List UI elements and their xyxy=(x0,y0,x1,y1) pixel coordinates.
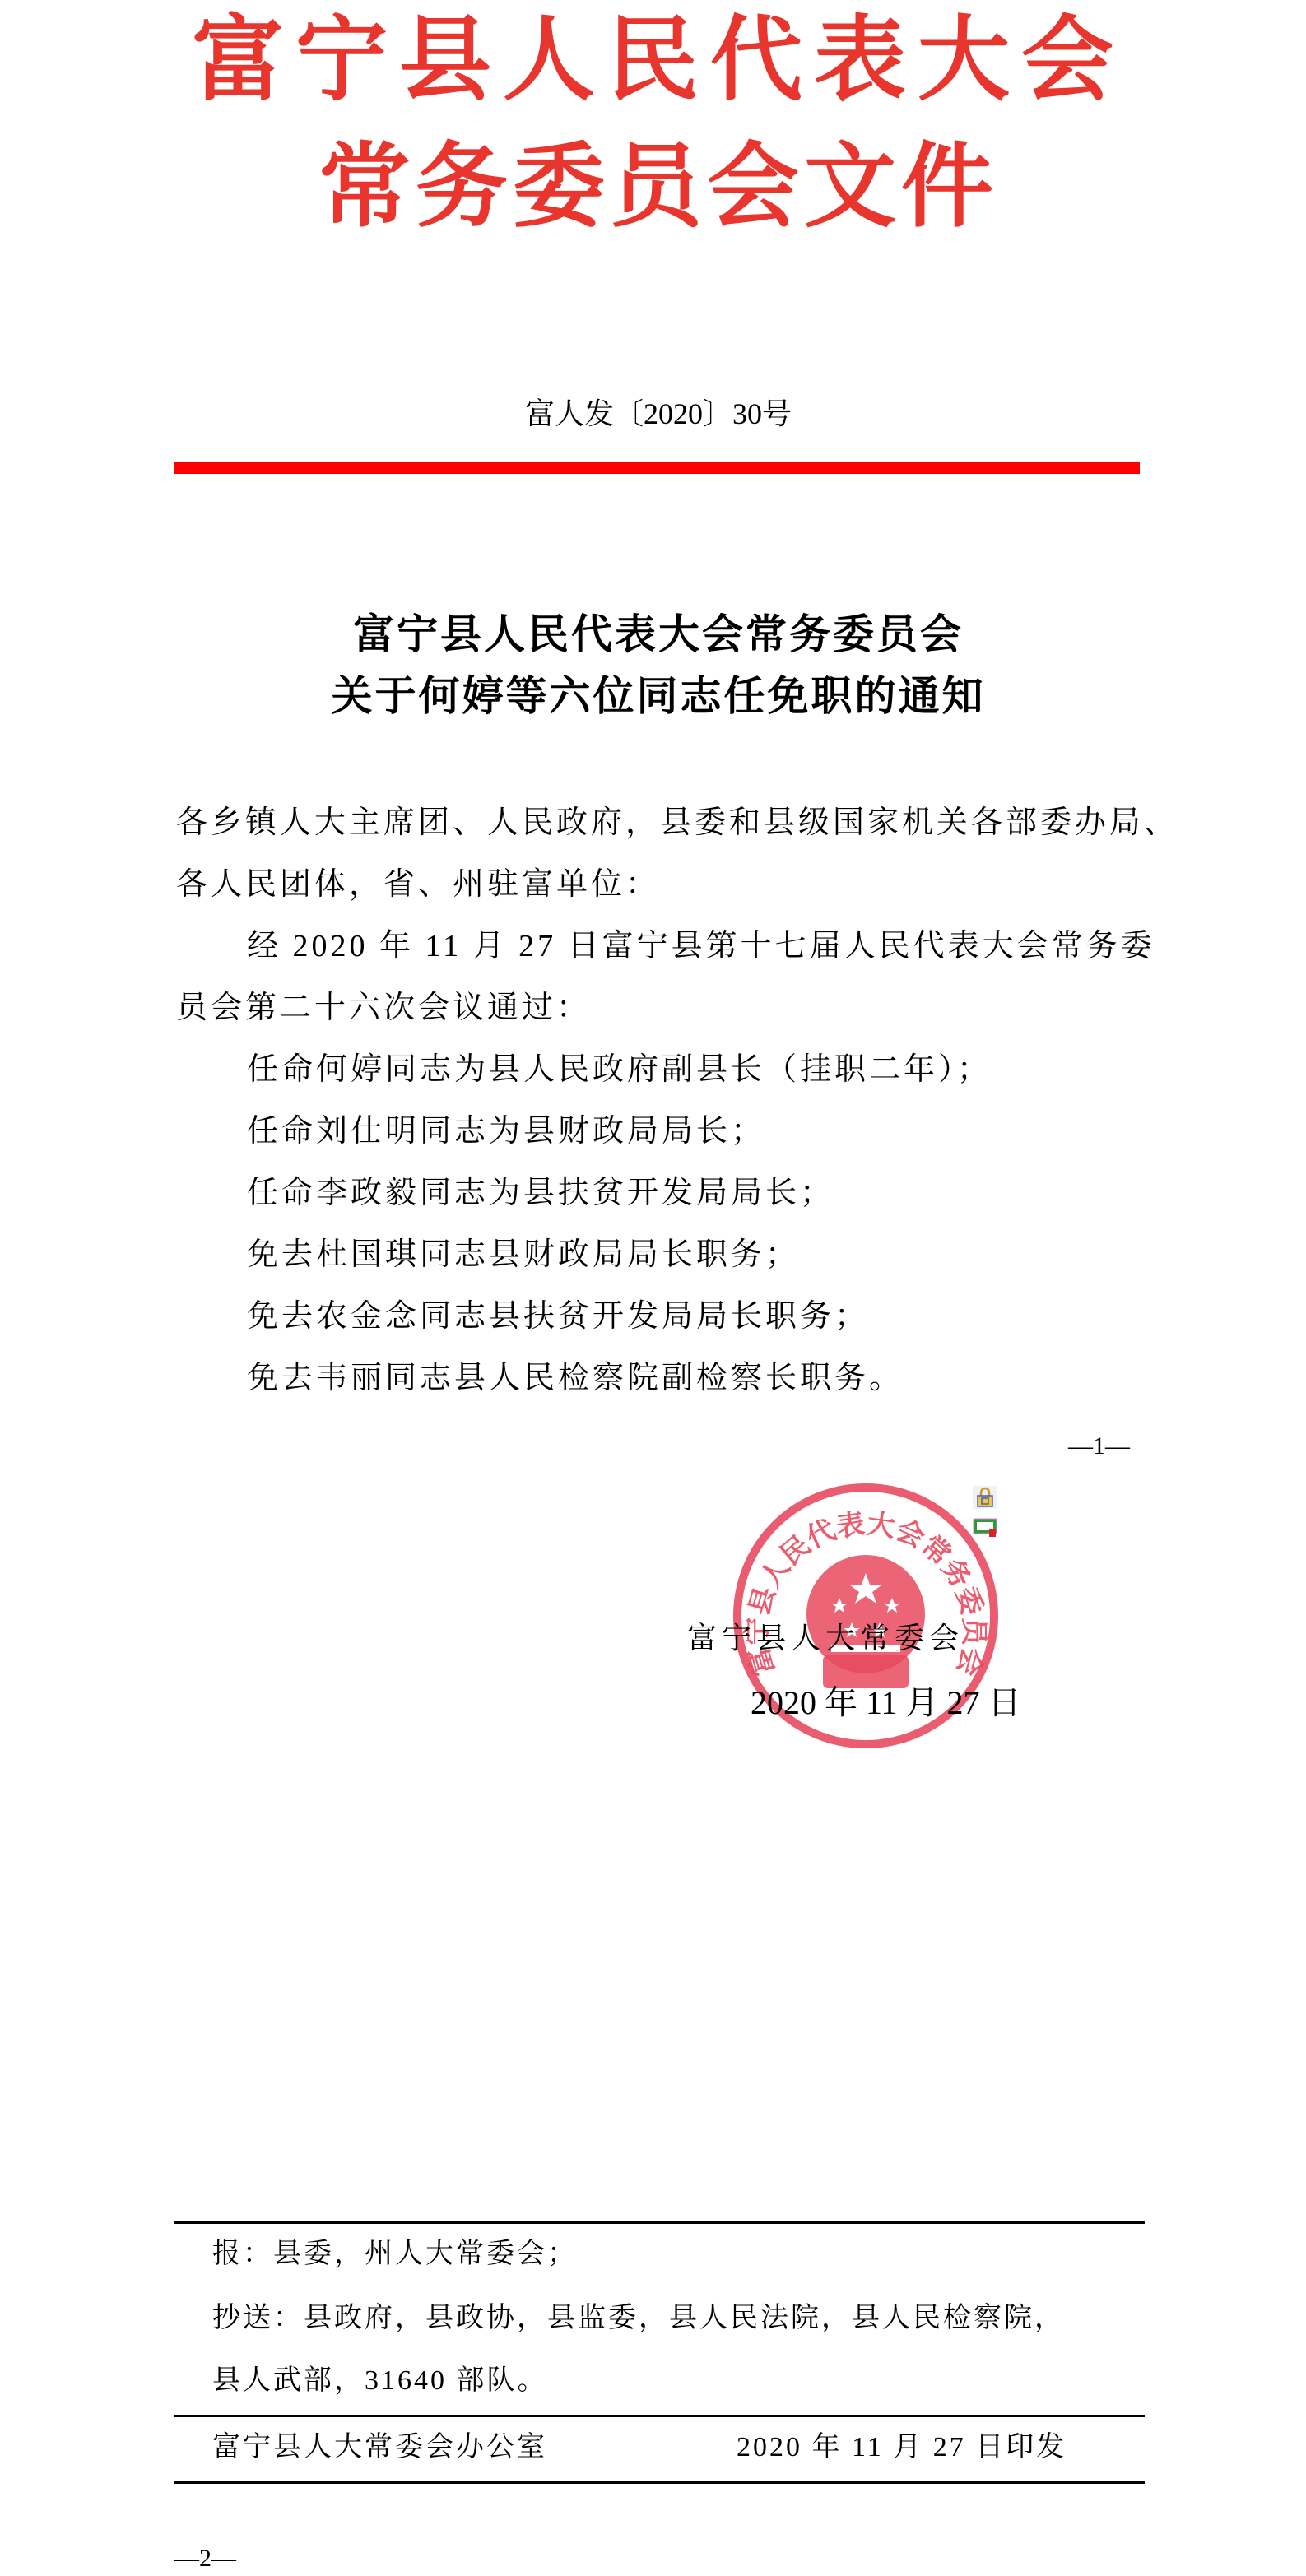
appointment-item: 任命刘仕明同志为县财政局局长； xyxy=(247,1101,765,1163)
intro-line2: 员会第二十六次会议通过： xyxy=(176,977,591,1039)
certificate-icon[interactable] xyxy=(973,1516,997,1539)
dismissal-item: 免去杜国琪同志县财政局局长职务； xyxy=(247,1224,800,1286)
copy-to-line1: 抄送：县政府，县政协，县监委，县人民法院，县人民检察院， xyxy=(212,2302,1065,2335)
page-number-1: —1— xyxy=(1068,1430,1130,1463)
copy-to-line2: 县人武部，31640 部队。 xyxy=(212,2365,548,2397)
signing-organization: 富宁县人大常委会 xyxy=(687,1618,964,1659)
issue-date: 2020 年 11 月 27 日印发 xyxy=(737,2431,1067,2464)
dismissal-item: 免去韦丽同志县人民检察院副检察长职务。 xyxy=(247,1348,904,1409)
document-header-line1: 富宁县人民代表大会 xyxy=(165,7,1152,114)
report-to: 报：县委，州人大常委会； xyxy=(212,2238,578,2271)
appointment-item: 任命李政毅同志为县扶贫开发局局长； xyxy=(247,1163,834,1224)
footer-rule-top xyxy=(174,2221,1145,2224)
signing-date: 2020 年 11 月 27 日 xyxy=(751,1682,1021,1724)
intro-line1: 经 2020 年 11 月 27 日富宁县第十七届人民代表大会常务委 xyxy=(247,916,1155,977)
addressee-line2: 各人民团体，省、州驻富单位： xyxy=(176,854,660,916)
issuing-office: 富宁县人大常委会办公室 xyxy=(212,2431,547,2464)
document-header-line2: 常务委员会文件 xyxy=(165,133,1152,240)
page-number-2: —2— xyxy=(174,2542,236,2575)
appointment-item: 任命何婷同志为县人民政府副县长（挂职二年）； xyxy=(247,1039,992,1101)
notice-title-line1: 富宁县人民代表大会常务委员会 xyxy=(165,603,1152,665)
footer-rule-bottom xyxy=(174,2481,1145,2484)
notice-title-line2: 关于何婷等六位同志任免职的通知 xyxy=(165,665,1152,726)
addressee-line1: 各乡镇人大主席团、人民政府，县委和县级国家机关各部委办局、 xyxy=(176,792,1178,854)
dismissal-item: 免去农金念同志县扶贫开发局局长职务； xyxy=(247,1286,869,1348)
document-number: 富人发〔2020〕30号 xyxy=(165,393,1152,434)
footer-rule-middle xyxy=(174,2415,1145,2417)
red-header-rule xyxy=(174,462,1140,474)
lock-icon[interactable] xyxy=(973,1486,997,1509)
